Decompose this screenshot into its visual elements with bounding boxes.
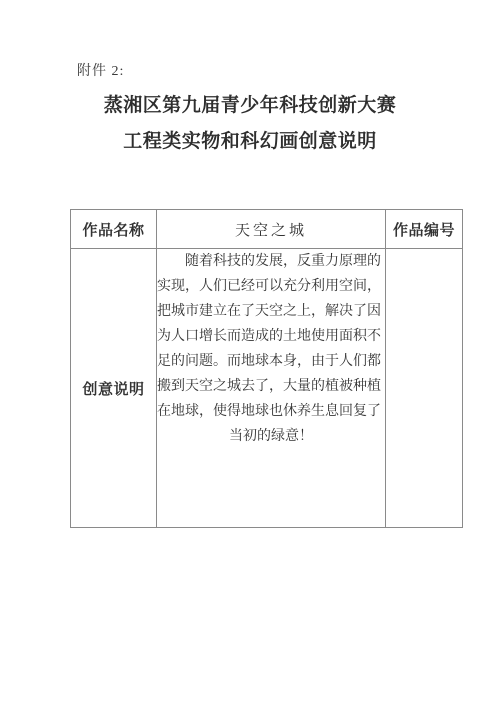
work-number-value-cell [386,249,463,528]
title-line-1: 蒸湘区第九届青少年科技创新大赛 [0,88,500,124]
document-title: 蒸湘区第九届青少年科技创新大赛 工程类实物和科幻画创意说明 [0,88,500,160]
paragraph-line: 当初的绿意！ [157,424,385,449]
work-name-value-cell: 天空之城 [157,210,386,249]
work-number-label-cell: 作品编号 [386,210,463,249]
paragraph-line: 搬到天空之城去了，大量的植被种植 [157,374,385,399]
table-header-row: 作品名称 天空之城 作品编号 [71,210,463,249]
description-label-cell: 创意说明 [71,249,157,528]
description-paragraph: 随着科技的发展，反重力原理的实现，人们已经可以充分利用空间，把城市建立在了天空之… [157,249,385,449]
paragraph-line: 在地球，使得地球也休养生息回复了 [157,399,385,424]
work-name-label-cell: 作品名称 [71,210,157,249]
table-description-row: 创意说明 随着科技的发展，反重力原理的实现，人们已经可以充分利用空间，把城市建立… [71,249,463,528]
description-text-cell: 随着科技的发展，反重力原理的实现，人们已经可以充分利用空间，把城市建立在了天空之… [157,249,386,528]
paragraph-line: 实现，人们已经可以充分利用空间， [157,274,385,299]
paragraph-line: 足的问题。而地球本身，由于人们都 [157,349,385,374]
paragraph-line: 为人口增长而造成的土地使用面积不 [157,324,385,349]
title-line-2: 工程类实物和科幻画创意说明 [0,124,500,160]
document-page: 附件 2: 蒸湘区第九届青少年科技创新大赛 工程类实物和科幻画创意说明 作品名称… [0,0,500,708]
creative-description-table: 作品名称 天空之城 作品编号 创意说明 随着科技的发展，反重力原理的实现，人们已… [70,209,463,528]
paragraph-line: 把城市建立在了天空之上，解决了因 [157,299,385,324]
paragraph-line: 随着科技的发展，反重力原理的 [157,249,385,274]
attachment-label: 附件 2: [77,60,124,80]
